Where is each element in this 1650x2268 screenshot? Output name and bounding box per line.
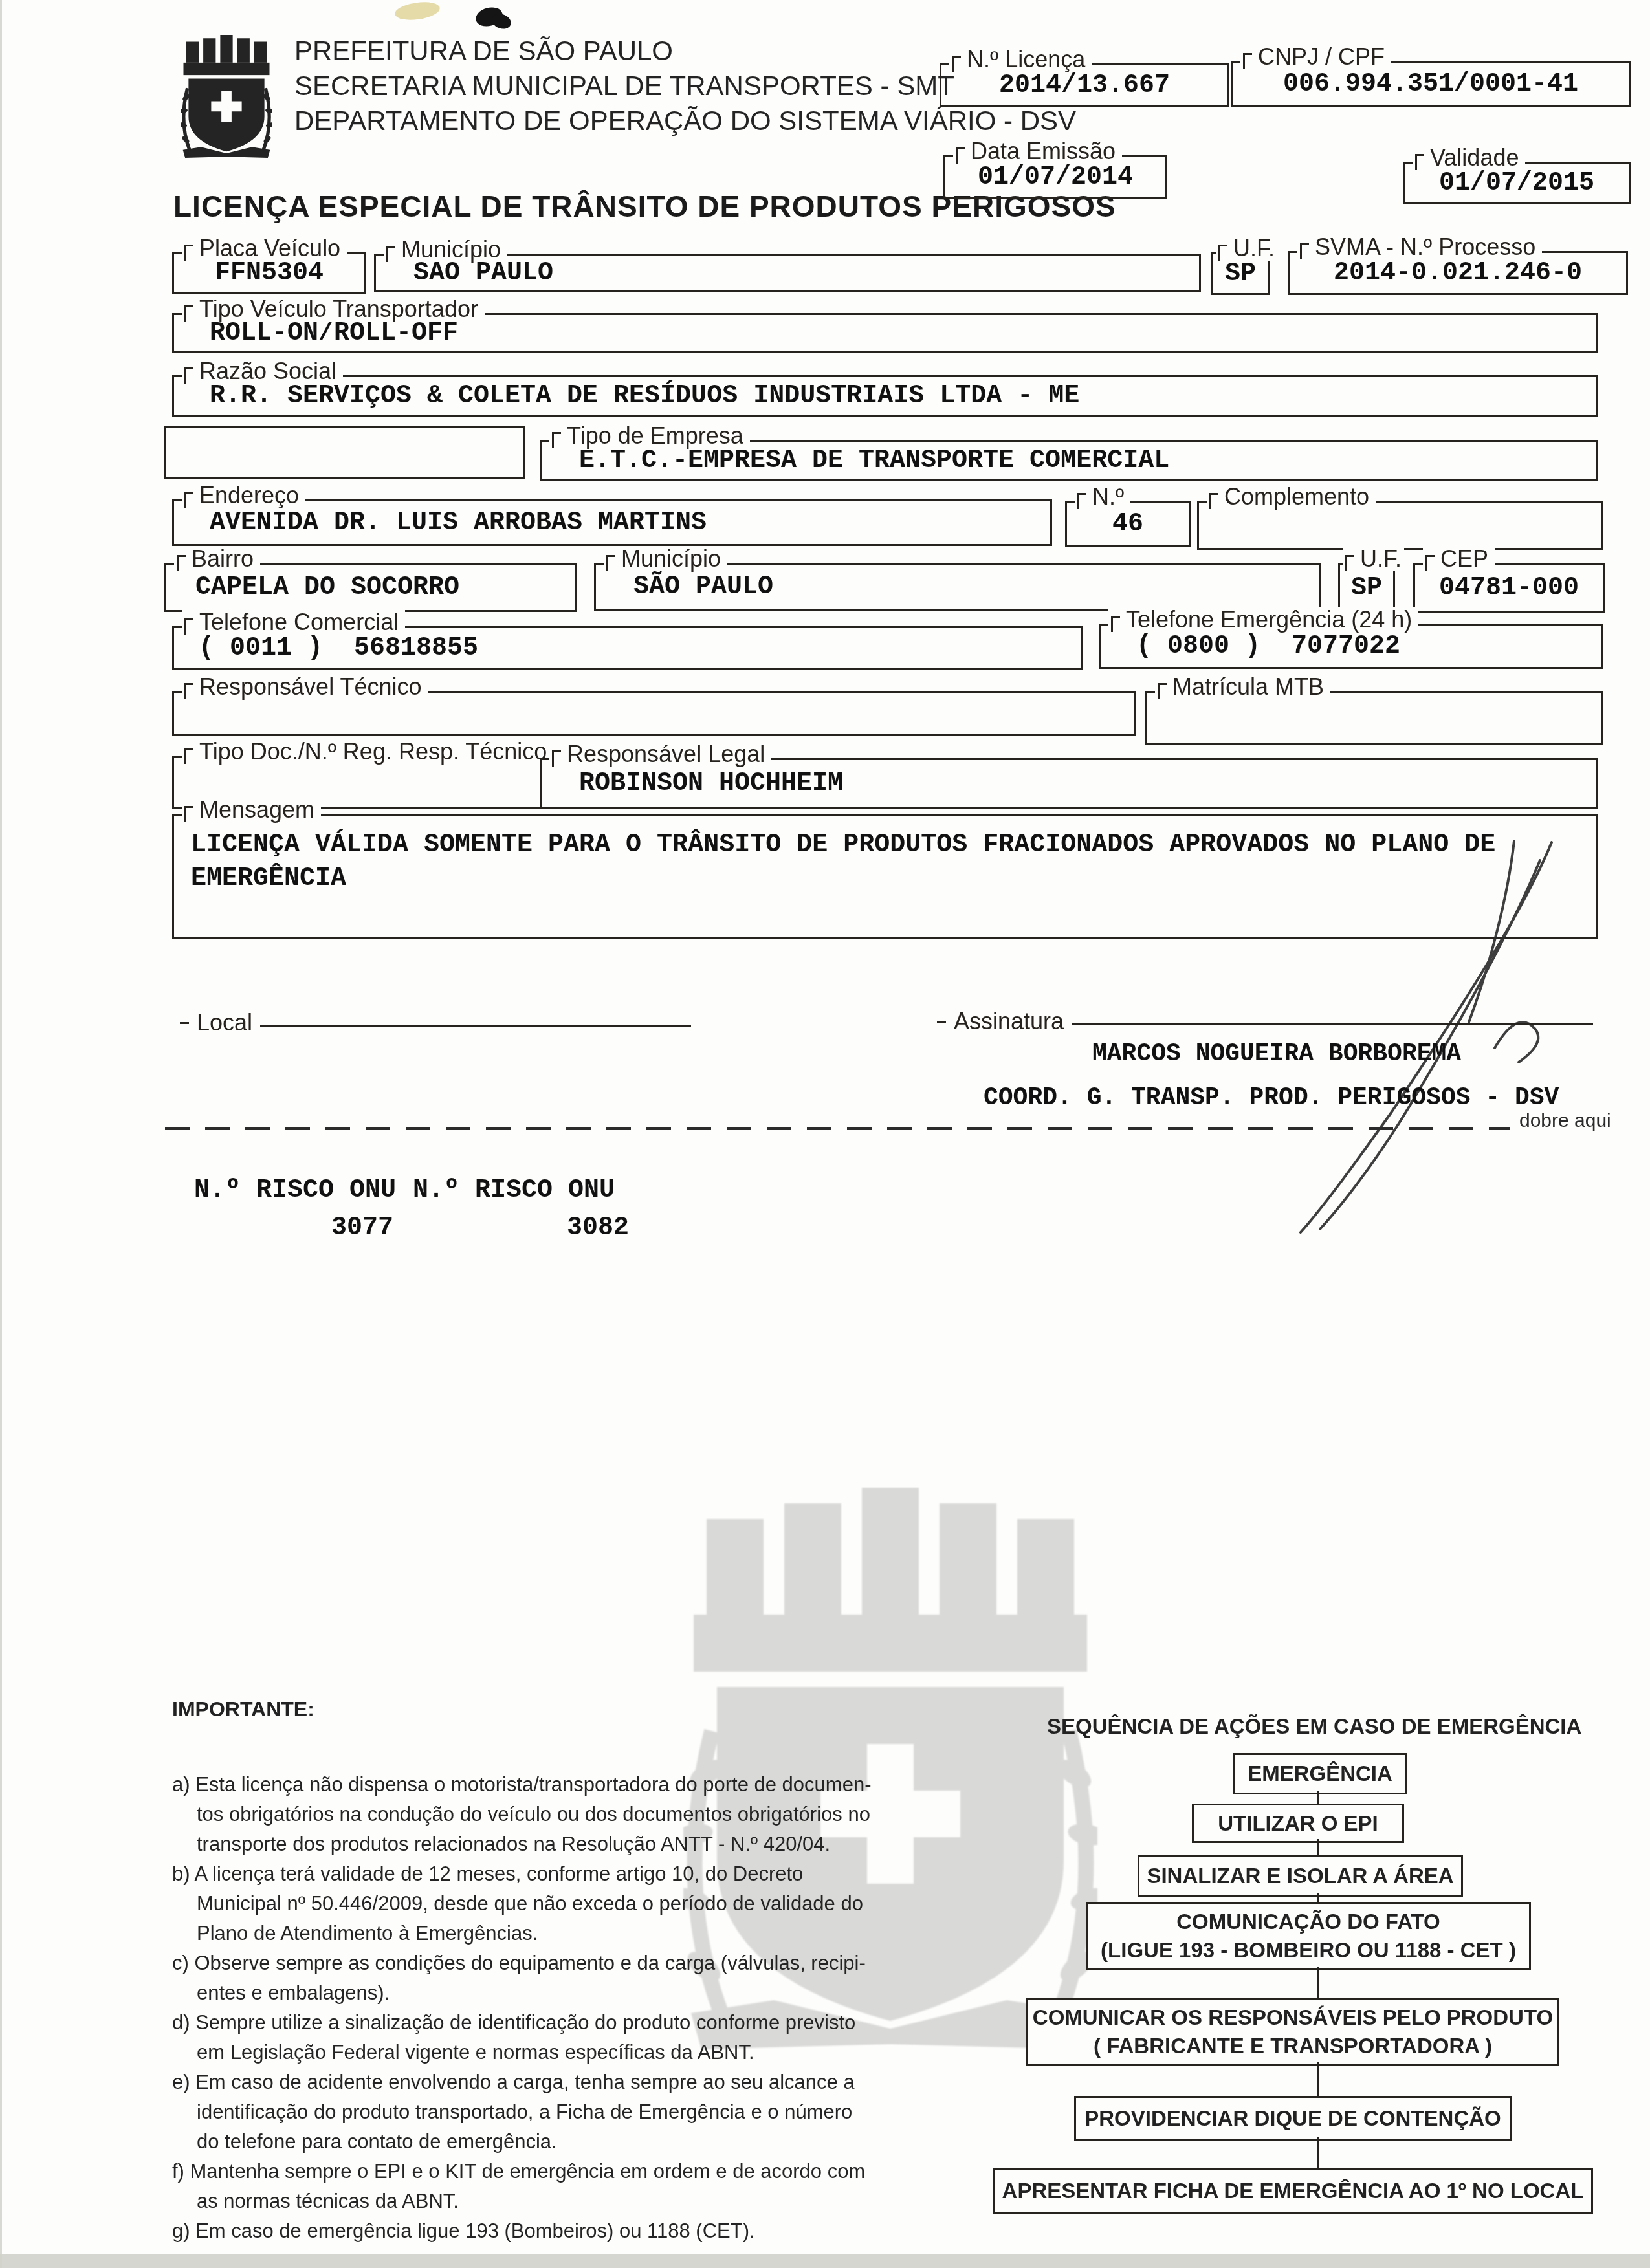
field-razao-social: Razão Social R.R. SERVIÇOS & COLETA DE R… — [172, 375, 1598, 417]
field-matricula-mtb: Matrícula MTB — [1145, 691, 1603, 745]
flowchart-step-comunicar-responsaveis: COMUNICAR OS RESPONSÁVEIS PELO PRODUTO (… — [1026, 1998, 1559, 2066]
field-label: Bairro — [174, 547, 260, 571]
legend-corner-tick — [177, 555, 186, 571]
field-cnpj-cpf: CNPJ / CPF 006.994.351/0001-41 — [1231, 61, 1631, 107]
assinatura-label: Assinatura — [954, 1008, 1064, 1035]
importante-item-f: as normas técnicas da ABNT. — [172, 2186, 1033, 2216]
field-telefone-emergencia: Telefone Emergência (24 h) ( 0800 ) 7077… — [1099, 624, 1603, 669]
field-label: Complemento — [1207, 485, 1376, 509]
legend-corner-tick — [1243, 53, 1252, 69]
risco-onu-header-right: N.º RISCO ONU — [413, 1176, 615, 1205]
field-label: Telefone Emergência (24 h) — [1108, 607, 1418, 632]
importante-item-f: f) Mantenha sempre o EPI e o KIT de emer… — [172, 2157, 1033, 2186]
field-label: Tipo Doc./N.º Reg. Resp. Técnico — [182, 739, 553, 764]
legend-corner-tick — [1300, 243, 1309, 259]
field-label: Placa Veículo — [182, 236, 347, 261]
legend-corner-tick — [552, 750, 561, 767]
org-name-line2: SECRETARIA MUNICIPAL DE TRANSPORTES - SM… — [294, 71, 954, 101]
field-label: Razão Social — [182, 359, 343, 384]
importante-item-a: transporte dos produtos relacionados na … — [172, 1829, 1033, 1859]
legend-corner-tick — [606, 555, 615, 571]
risco-onu-header-left: N.º RISCO ONU — [194, 1176, 396, 1205]
local-label: Local — [197, 1009, 252, 1036]
field-label: U.F. — [1216, 236, 1277, 261]
field-cep: CEP 04781-000 — [1413, 563, 1605, 613]
flowchart-step-dique-contencao: PROVIDENCIAR DIQUE DE CONTENÇÃO — [1074, 2096, 1512, 2141]
legend-corner-tick — [1415, 154, 1424, 170]
field-label: Endereço — [182, 483, 305, 508]
step-text: (LIGUE 193 - BOMBEIRO OU 1188 - CET ) — [1101, 1936, 1516, 1965]
flowchart-connector — [1317, 1839, 1319, 1855]
importante-item-d: d) Sempre utilize a sinalização de ident… — [172, 2008, 1033, 2038]
legend-corner-tick — [1425, 555, 1435, 571]
legend-corner-tick — [1077, 493, 1086, 509]
step-text: COMUNICAR OS RESPONSÁVEIS PELO PRODUTO — [1033, 2003, 1553, 2032]
legend-corner-tick — [184, 245, 193, 261]
legend-corner-tick — [1345, 555, 1354, 571]
flowchart-connector — [1317, 1967, 1319, 1998]
step-text: ( FABRICANTE E TRANSPORTADORA ) — [1094, 2032, 1492, 2060]
field-complemento: Complemento — [1197, 501, 1603, 550]
field-telefone-comercial: Telefone Comercial ( 0011 ) 56818855 — [172, 626, 1083, 670]
legend-corner-tick — [552, 432, 561, 448]
assinatura-line: Assinatura — [937, 1008, 1593, 1035]
field-placa-veiculo: Placa Veículo FFN5304 — [172, 252, 366, 294]
flowchart-connector — [1317, 2137, 1319, 2168]
importante-item-c: entes e embalagens). — [172, 1978, 1033, 2008]
legend-corner-tick — [184, 367, 193, 384]
legend-corner-tick — [184, 748, 193, 764]
fold-dashed-line — [165, 1127, 1510, 1130]
importante-item-e: identificação do produto transportado, a… — [172, 2097, 1033, 2127]
legend-corner-tick — [952, 56, 961, 72]
importante-item-c: c) Observe sempre as condições do equipa… — [172, 1948, 1033, 1978]
field-responsavel-legal: Responsável Legal ROBINSON HOCHHEIM — [540, 758, 1598, 809]
step-text: EMERGÊNCIA — [1248, 1760, 1392, 1788]
flowchart-connector — [1317, 1893, 1319, 1902]
field-label: CNPJ / CPF — [1240, 45, 1391, 69]
risco-onu-value-1: 3077 — [331, 1214, 393, 1243]
field-responsavel-tecnico: Responsável Técnico — [172, 691, 1136, 736]
importante-list: a) Esta licença não dispensa o motorista… — [172, 1770, 1033, 2246]
signatory-name: MARCOS NOGUEIRA BORBOREMA — [1092, 1040, 1461, 1068]
field-validade: Validade 01/07/2015 — [1403, 162, 1631, 204]
flowchart-step-emergencia: EMERGÊNCIA — [1233, 1753, 1407, 1794]
flowchart-title: SEQUÊNCIA DE AÇÕES EM CASO DE EMERGÊNCIA — [1047, 1714, 1581, 1739]
importante-item-e: do telefone para contato de emergência. — [172, 2127, 1033, 2157]
importante-item-e: e) Em caso de acidente envolvendo a carg… — [172, 2067, 1033, 2097]
importante-item-a: tos obrigatórios na condução do veículo … — [172, 1800, 1033, 1829]
step-text: APRESENTAR FICHA DE EMERGÊNCIA AO 1º NO … — [1002, 2177, 1584, 2205]
scanned-license-document: PREFEITURA DE SÃO PAULO SECRETARIA MUNIC… — [0, 0, 1650, 2268]
flowchart-step-ficha-emergencia: APRESENTAR FICHA DE EMERGÊNCIA AO 1º NO … — [993, 2168, 1593, 2214]
legend-corner-tick — [184, 618, 193, 635]
local-line: Local — [180, 1009, 691, 1036]
legend-corner-tick — [1218, 245, 1227, 261]
step-text: UTILIZAR O EPI — [1218, 1809, 1378, 1838]
importante-item-b: Municipal nº 50.446/2009, desde que não … — [172, 1889, 1033, 1919]
field-bairro: Bairro CAPELA DO SOCORRO — [164, 563, 577, 612]
legend-corner-tick — [1111, 616, 1120, 632]
field-value — [1147, 693, 1601, 743]
flowchart-step-utilizar-epi: UTILIZAR O EPI — [1192, 1804, 1404, 1843]
flowchart-connector — [1317, 1791, 1319, 1804]
org-name-line1: PREFEITURA DE SÃO PAULO — [294, 36, 673, 66]
field-data-emissao: Data Emissão 01/07/2014 — [943, 155, 1167, 199]
step-text: PROVIDENCIAR DIQUE DE CONTENÇÃO — [1084, 2104, 1501, 2133]
field-label: Tipo Veículo Transportador — [182, 297, 485, 322]
legend-corner-tick — [956, 147, 965, 164]
importante-item-g: g) Em caso de emergência ligue 193 (Bomb… — [172, 2216, 1033, 2246]
importante-item-b: Plano de Atendimento à Emergências. — [172, 1919, 1033, 1948]
field-label: Telefone Comercial — [182, 610, 405, 635]
legend-corner-tick — [184, 806, 193, 822]
unlabeled-box — [164, 426, 525, 479]
field-uf: U.F. SP — [1211, 252, 1270, 295]
field-numero-licenca: N.º Licença 2014/13.667 — [940, 63, 1229, 107]
legend-corner-tick — [184, 305, 193, 322]
signatory-title: COORD. G. TRANSP. PROD. PERIGOSOS - DSV — [984, 1084, 1559, 1112]
importante-item-a: a) Esta licença não dispensa o motorista… — [172, 1770, 1033, 1800]
fold-here-label: dobre aqui — [1519, 1110, 1611, 1132]
flowchart-step-sinalizar-isolar: SINALIZAR E ISOLAR A ÁREA — [1138, 1855, 1463, 1897]
handwritten-signature — [1255, 828, 1592, 1242]
field-svma-processo: SVMA - N.º Processo 2014-0.021.246-0 — [1288, 251, 1628, 295]
flowchart-connector — [1317, 2062, 1319, 2096]
city-crest-logo-icon — [181, 28, 272, 159]
field-endereco: Endereço AVENIDA DR. LUIS ARROBAS MARTIN… — [172, 499, 1052, 546]
field-label: Município — [384, 237, 507, 262]
field-label: Validade — [1413, 146, 1525, 170]
field-label: Matrícula MTB — [1155, 675, 1330, 699]
importante-item-b: b) A licença terá validade de 12 meses, … — [172, 1859, 1033, 1889]
field-municipio-2: Município SÃO PAULO — [594, 563, 1321, 611]
field-label: Responsável Técnico — [182, 675, 428, 699]
field-numero: N.º 46 — [1065, 501, 1191, 547]
field-label: U.F. — [1343, 547, 1404, 571]
field-label: CEP — [1423, 547, 1495, 571]
field-label: N.º — [1075, 485, 1130, 509]
field-label: Mensagem — [182, 798, 321, 822]
field-label: Responsável Legal — [549, 742, 771, 767]
scan-edge-artifact — [0, 0, 2, 2268]
legend-corner-tick — [184, 683, 193, 699]
legend-corner-tick — [184, 492, 193, 508]
yellow-smudge-artifact — [394, 0, 441, 23]
signature-rule — [260, 1025, 691, 1027]
legend-corner-tick — [1209, 493, 1218, 509]
field-label: SVMA - N.º Processo — [1297, 235, 1542, 259]
label-tick — [180, 1022, 189, 1024]
importante-item-d: em Legislação Federal vigente e normas e… — [172, 2038, 1033, 2067]
field-municipio: Município SÃO PAULO — [374, 254, 1201, 292]
step-text: COMUNICAÇÃO DO FATO — [1176, 1908, 1440, 1936]
scan-edge-artifact — [0, 2254, 1650, 2268]
signature-rule — [1072, 1023, 1593, 1025]
importante-heading: IMPORTANTE: — [172, 1697, 314, 1721]
field-value: R.R. SERVIÇOS & COLETA DE RESÍDUOS INDUS… — [174, 377, 1596, 415]
step-text: SINALIZAR E ISOLAR A ÁREA — [1147, 1862, 1453, 1890]
field-label: Data Emissão — [953, 139, 1122, 164]
flowchart-step-comunicacao-fato: COMUNICAÇÃO DO FATO (LIGUE 193 - BOMBEIR… — [1086, 1902, 1531, 1970]
legend-corner-tick — [1158, 683, 1167, 699]
field-label: N.º Licença — [949, 47, 1092, 72]
risco-onu-value-2: 3082 — [567, 1214, 629, 1243]
field-tipo-veiculo: Tipo Veículo Transportador ROLL-ON/ROLL-… — [172, 313, 1598, 353]
legend-corner-tick — [386, 246, 395, 262]
field-tipo-empresa: Tipo de Empresa E.T.C.-EMPRESA DE TRANSP… — [540, 440, 1598, 481]
field-label: Município — [604, 547, 727, 571]
label-tick — [937, 1021, 946, 1023]
field-label: Tipo de Empresa — [549, 424, 750, 448]
org-name-line3: DEPARTAMENTO DE OPERAÇÃO DO SISTEMA VIÁR… — [294, 106, 1076, 136]
